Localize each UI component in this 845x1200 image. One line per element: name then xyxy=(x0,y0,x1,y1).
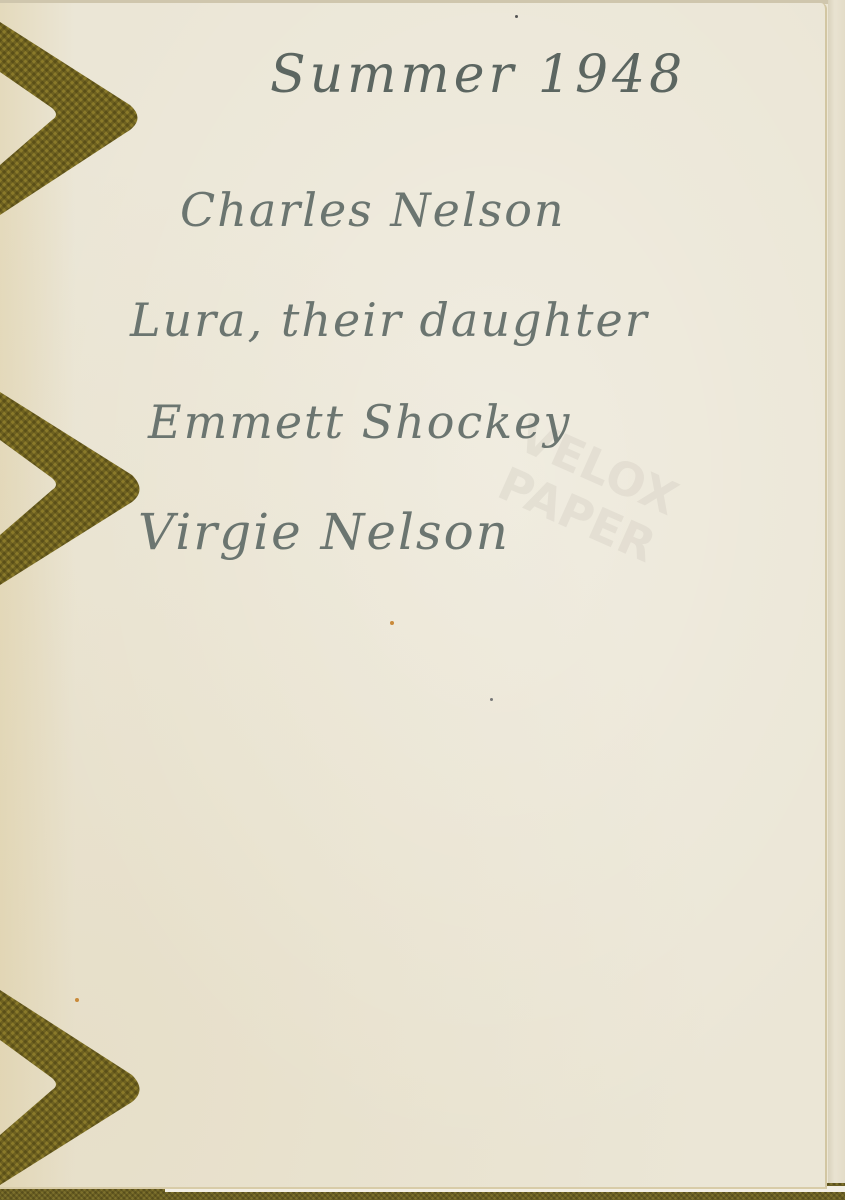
album-corner-tab-icon xyxy=(0,0,150,1200)
name-line-1: Charles Nelson xyxy=(180,183,566,237)
date-line: Summer 1948 xyxy=(270,45,686,105)
foxing-speck xyxy=(390,621,394,625)
album-right-edge xyxy=(828,0,845,1200)
album-page: VELOX PAPER Summer 1948 Charles Nelson L… xyxy=(0,0,845,1200)
name-line-3: Emmett Shockey xyxy=(148,395,571,449)
foxing-speck xyxy=(490,698,493,701)
name-line-2: Lura, their daughter xyxy=(130,293,649,347)
name-line-4: Virgie Nelson xyxy=(138,503,510,561)
foxing-speck xyxy=(515,15,518,18)
